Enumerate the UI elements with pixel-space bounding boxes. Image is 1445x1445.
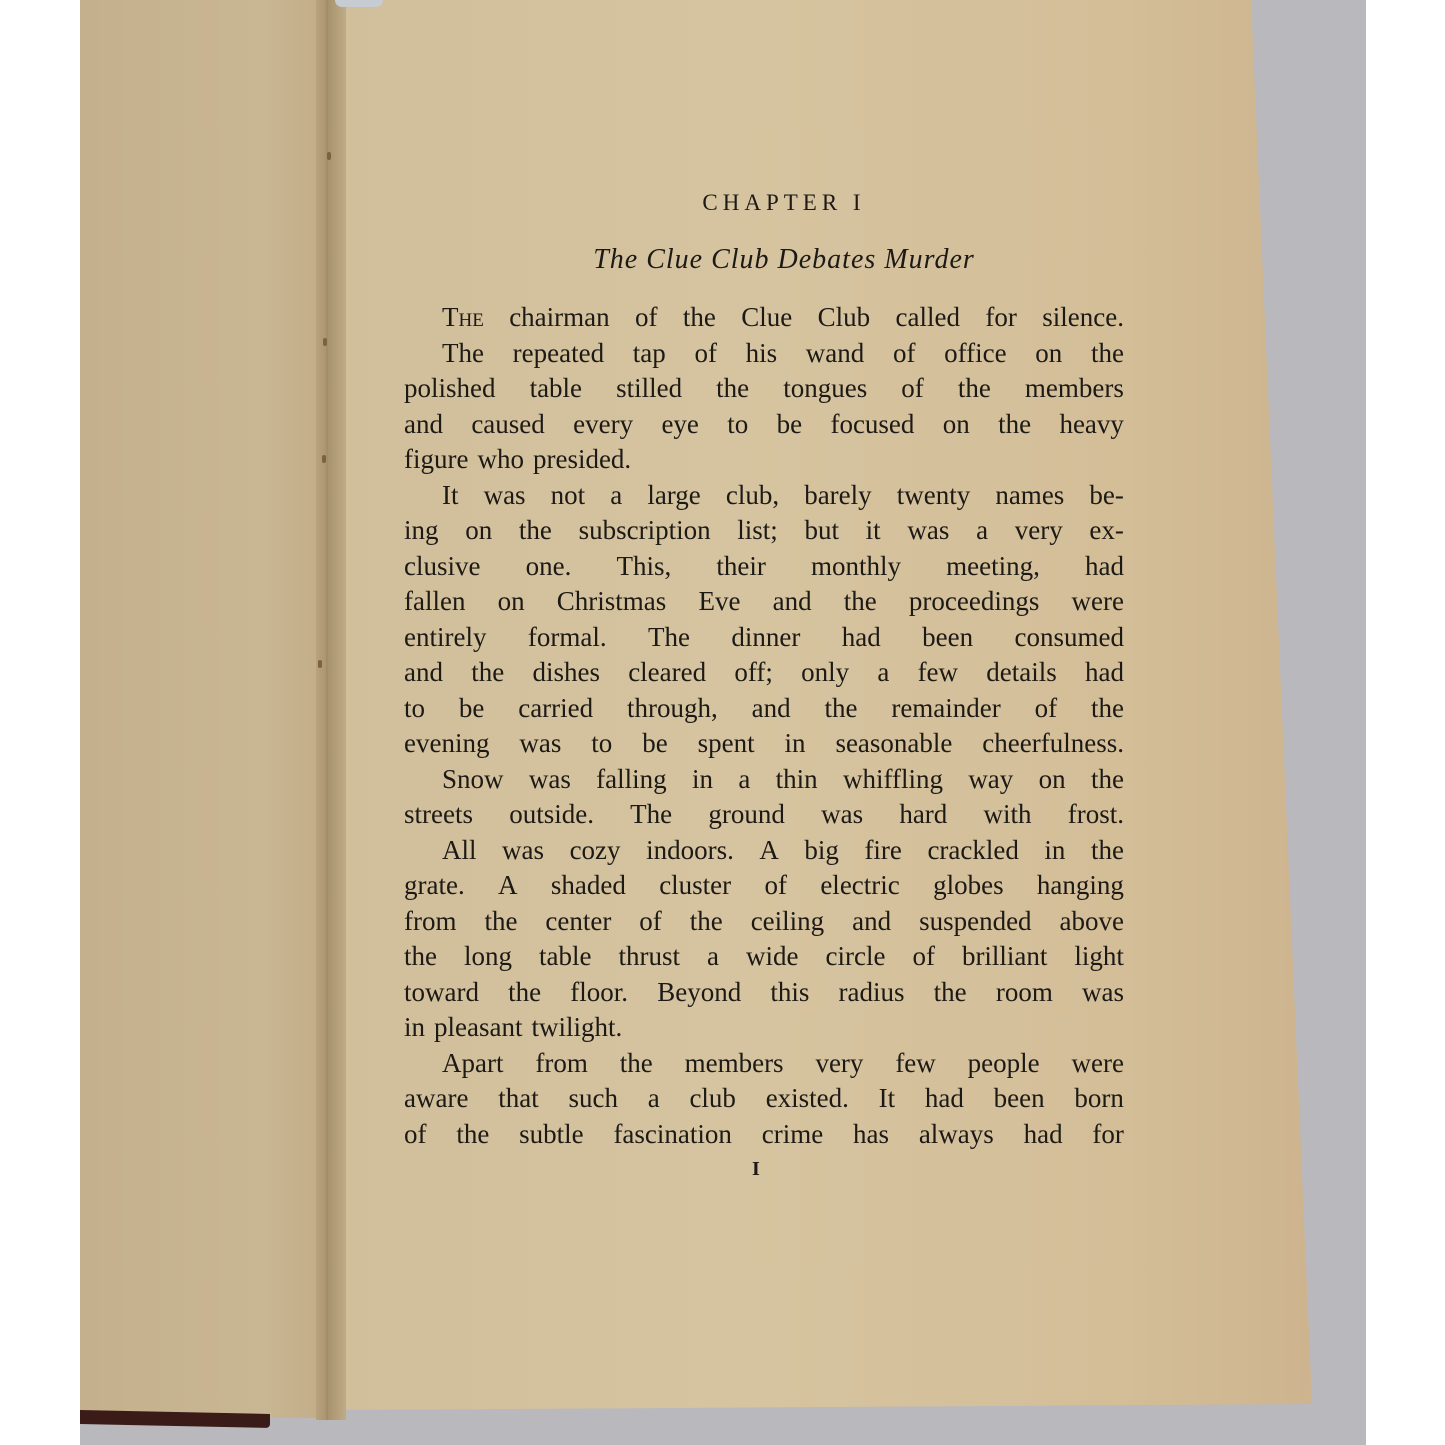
word: cleared — [628, 655, 706, 691]
word: a — [648, 1081, 660, 1117]
word: polished — [404, 371, 496, 407]
word: streets — [404, 797, 473, 833]
word: was — [1082, 975, 1124, 1011]
word: floor. — [570, 975, 628, 1011]
text-line: Apartfromthemembersveryfewpeoplewere — [404, 1046, 1124, 1082]
word: who — [477, 442, 524, 478]
word: of — [694, 336, 717, 372]
word: caused — [471, 407, 544, 443]
text-line: figurewhopresided. — [404, 442, 1124, 478]
word: crackled — [927, 833, 1018, 869]
binding-thread-mark — [322, 455, 326, 463]
word: a — [738, 762, 750, 798]
word: silence. — [1042, 300, 1124, 336]
word: the — [1091, 691, 1124, 727]
word: a — [877, 655, 889, 691]
word: had — [1085, 655, 1124, 691]
word: office — [944, 336, 1006, 372]
word: through, — [627, 691, 718, 727]
word: frost. — [1068, 797, 1124, 833]
text-line: awarethatsuchaclubexisted.Ithadbeenborn — [404, 1081, 1124, 1117]
word: It — [879, 1081, 896, 1117]
word: very — [1015, 513, 1063, 549]
word: This, — [616, 549, 671, 585]
word: Christmas — [557, 584, 667, 620]
word: were — [1072, 1046, 1124, 1082]
word: A — [498, 868, 518, 904]
word: members — [685, 1046, 784, 1082]
word: their — [716, 549, 765, 585]
photo-scene: CHAPTER I The Clue Club Debates Murder T… — [0, 0, 1445, 1445]
word: a — [707, 939, 719, 975]
word: the — [456, 1117, 489, 1153]
text-line: inpleasanttwilight. — [404, 1010, 1124, 1046]
word: ing — [404, 513, 439, 549]
word: only — [801, 655, 849, 691]
word: fallen — [404, 584, 465, 620]
word: grate. — [404, 868, 465, 904]
text-line: entirelyformal.Thedinnerhadbeenconsumed — [404, 620, 1124, 656]
word: been — [994, 1081, 1045, 1117]
text-line: Snowwasfallinginathinwhifflingwayonthe — [404, 762, 1124, 798]
word: focused — [830, 407, 914, 443]
word: barely — [804, 478, 871, 514]
word: whiffling — [843, 762, 943, 798]
word: cozy — [570, 833, 621, 869]
word: cheerfulness. — [982, 726, 1124, 762]
word: be — [642, 726, 667, 762]
word: had — [925, 1081, 964, 1117]
word: existed. — [766, 1081, 849, 1117]
word: very — [815, 1046, 863, 1082]
word: tap — [633, 336, 666, 372]
text-line: ingonthesubscriptionlist;butitwasaveryex… — [404, 513, 1124, 549]
word: in — [692, 762, 713, 798]
word: twenty — [897, 478, 971, 514]
text-line: andthedishesclearedoff;onlyafewdetailsha… — [404, 655, 1124, 691]
word: long — [464, 939, 512, 975]
word: meeting, — [946, 549, 1040, 585]
word: hard — [899, 797, 947, 833]
word: on — [943, 407, 970, 443]
word: crime — [762, 1117, 823, 1153]
chapter-text-block: CHAPTER I The Clue Club Debates Murder T… — [404, 190, 1124, 1152]
word: subtle — [519, 1117, 584, 1153]
word: electric — [820, 868, 899, 904]
word: dishes — [532, 655, 600, 691]
word: above — [1060, 904, 1124, 940]
word: The — [648, 620, 690, 656]
word: people — [968, 1046, 1040, 1082]
word: be — [459, 691, 484, 727]
word: wide — [746, 939, 798, 975]
word: club — [689, 1081, 736, 1117]
word: of — [912, 939, 935, 975]
word: and — [404, 655, 443, 691]
word: members — [1025, 371, 1124, 407]
word: figure — [404, 442, 468, 478]
word: was — [502, 833, 544, 869]
word: falling — [596, 762, 666, 798]
word: dinner — [731, 620, 800, 656]
word: thin — [776, 762, 818, 798]
word: suspended — [919, 904, 1031, 940]
word: indoors. — [646, 833, 734, 869]
word: on — [1035, 336, 1062, 372]
word: The — [442, 336, 484, 372]
word: and — [773, 584, 812, 620]
word: outside. — [509, 797, 594, 833]
word: to — [591, 726, 612, 762]
word: on — [1039, 762, 1066, 798]
word: be- — [1089, 478, 1123, 514]
left-page-blank — [80, 0, 342, 1418]
binding-thread-mark — [323, 338, 327, 346]
word: subscription — [579, 513, 711, 549]
word: off; — [734, 655, 773, 691]
text-line: towardthefloor.Beyondthisradiustheroomwa… — [404, 975, 1124, 1011]
word: repeated — [513, 336, 604, 372]
word: the — [1091, 336, 1124, 372]
word: the — [484, 904, 517, 940]
word: shaded — [551, 868, 626, 904]
word: the — [519, 513, 552, 549]
word: on — [465, 513, 492, 549]
word: were — [1072, 584, 1124, 620]
word: a — [976, 513, 988, 549]
word: formal. — [528, 620, 607, 656]
word: few — [918, 655, 958, 691]
word: the — [824, 691, 857, 727]
word: ground — [708, 797, 785, 833]
word: monthly — [811, 549, 901, 585]
text-line: streetsoutside.Thegroundwashardwithfrost… — [404, 797, 1124, 833]
word: be — [777, 407, 802, 443]
word: the — [508, 975, 541, 1011]
word: Snow — [442, 762, 504, 798]
word: was — [519, 726, 561, 762]
word: Apart — [442, 1046, 503, 1082]
word: of — [901, 371, 924, 407]
word: presided. — [533, 442, 631, 478]
word: and — [752, 691, 791, 727]
word: the — [958, 371, 991, 407]
word: such — [568, 1081, 618, 1117]
word: center — [545, 904, 611, 940]
text-line: clusiveone.This,theirmonthlymeeting,had — [404, 549, 1124, 585]
word: light — [1074, 939, 1124, 975]
word: globes — [933, 868, 1004, 904]
word: entirely — [404, 620, 486, 656]
word: names — [995, 478, 1064, 514]
word: and — [852, 904, 891, 940]
word: in — [785, 726, 806, 762]
word: few — [895, 1046, 935, 1082]
word: way — [968, 762, 1013, 798]
word: the — [1091, 833, 1124, 869]
word: had — [1024, 1117, 1063, 1153]
word: his — [746, 336, 778, 372]
word: for — [985, 300, 1016, 336]
word: ceiling — [751, 904, 824, 940]
text-line: fromthecenteroftheceilingandsuspendedabo… — [404, 904, 1124, 940]
word: been — [922, 620, 973, 656]
word: aware — [404, 1081, 468, 1117]
word: was — [484, 478, 526, 514]
word: to — [404, 691, 425, 727]
word: consumed — [1014, 620, 1123, 656]
word: was — [821, 797, 863, 833]
word: born — [1074, 1081, 1124, 1117]
word: of — [635, 300, 658, 336]
word: the — [620, 1046, 653, 1082]
word: Eve — [698, 584, 740, 620]
word: but — [804, 513, 839, 549]
text-line: grate.Ashadedclusterofelectricglobeshang… — [404, 868, 1124, 904]
word: A — [759, 833, 779, 869]
word: it — [866, 513, 881, 549]
word: this — [770, 975, 809, 1011]
text-line: Therepeatedtapofhiswandofofficeonthe — [404, 336, 1124, 372]
book-gutter — [316, 0, 346, 1420]
word: list; — [737, 513, 778, 549]
word: pleasant — [434, 1010, 522, 1046]
word: tongues — [783, 371, 867, 407]
word: seasonable — [835, 726, 952, 762]
word: in — [404, 1010, 425, 1046]
text-line: Itwasnotalargeclub,barelytwentynamesbe- — [404, 478, 1124, 514]
text-line: tobecarriedthrough,andtheremainderofthe — [404, 691, 1124, 727]
word: the — [404, 939, 437, 975]
word: All — [442, 833, 477, 869]
word: had — [842, 620, 881, 656]
word: the — [998, 407, 1031, 443]
word: the — [844, 584, 877, 620]
word: evening — [404, 726, 489, 762]
chapter-title: The Clue Club Debates Murder — [444, 244, 1124, 276]
word: hanging — [1037, 868, 1124, 904]
word: Club — [818, 300, 871, 336]
word: the — [690, 904, 723, 940]
word: brilliant — [962, 939, 1047, 975]
word: proceedings — [909, 584, 1039, 620]
word: that — [498, 1081, 539, 1117]
word: had — [1085, 549, 1124, 585]
word: every — [573, 407, 633, 443]
word: circle — [825, 939, 885, 975]
word: twilight. — [531, 1010, 622, 1046]
word: fire — [864, 833, 901, 869]
word: of — [765, 868, 788, 904]
word: always — [919, 1117, 994, 1153]
gutter-crease — [326, 0, 328, 1420]
chapter-label: CHAPTER I — [444, 190, 1124, 216]
word: with — [984, 797, 1032, 833]
word: eye — [661, 407, 698, 443]
word: to — [727, 407, 748, 443]
word: from — [404, 904, 456, 940]
word: remainder — [891, 691, 1000, 727]
word: cluster — [659, 868, 731, 904]
word: toward — [404, 975, 479, 1011]
word: table — [530, 371, 582, 407]
word: Beyond — [657, 975, 741, 1011]
word: the — [471, 655, 504, 691]
text-line: Allwascozyindoors.Abigfirecrackledinthe — [404, 833, 1124, 869]
word: details — [986, 655, 1056, 691]
word: chairman — [509, 300, 609, 336]
word: one. — [526, 549, 572, 585]
word: a — [610, 478, 622, 514]
word: was — [529, 762, 571, 798]
word: heavy — [1059, 407, 1123, 443]
word: and — [404, 407, 443, 443]
word: the — [1091, 762, 1124, 798]
word: clusive — [404, 549, 480, 585]
word: club, — [726, 478, 779, 514]
word: wand — [806, 336, 864, 372]
text-line: ThechairmanoftheClueClubcalledforsilence… — [404, 300, 1124, 336]
word: stilled — [616, 371, 682, 407]
word: of — [639, 904, 662, 940]
text-line: thelongtablethrustawidecircleofbrilliant… — [404, 939, 1124, 975]
word: the — [716, 371, 749, 407]
word: of — [1035, 691, 1058, 727]
word: It — [442, 478, 459, 514]
text-line: eveningwastobespentinseasonablecheerfuln… — [404, 726, 1124, 762]
text-line: polishedtablestilledthetonguesofthemembe… — [404, 371, 1124, 407]
word: Clue — [741, 300, 792, 336]
word: large — [647, 478, 700, 514]
word: of — [893, 336, 916, 372]
word: carried — [518, 691, 593, 727]
word: for — [1092, 1117, 1123, 1153]
word: the — [934, 975, 967, 1011]
word: has — [853, 1117, 889, 1153]
word: ex- — [1089, 513, 1123, 549]
word: The — [630, 797, 672, 833]
word: radius — [839, 975, 905, 1011]
word: not — [551, 478, 586, 514]
word: called — [896, 300, 960, 336]
binding-thread-mark — [318, 660, 322, 668]
word: on — [498, 584, 525, 620]
text-line: fallenonChristmasEveandtheproceedingswer… — [404, 584, 1124, 620]
word: The — [442, 300, 484, 336]
word: big — [804, 833, 839, 869]
word: spent — [698, 726, 755, 762]
word: in — [1044, 833, 1065, 869]
binding-thread-mark — [327, 152, 331, 160]
text-line: ofthesubtlefascinationcrimehasalwayshadf… — [404, 1117, 1124, 1153]
word: thrust — [619, 939, 681, 975]
word: room — [996, 975, 1053, 1011]
word: was — [907, 513, 949, 549]
chapter-body: ThechairmanoftheClueClubcalledforsilence… — [404, 300, 1124, 1152]
word: the — [683, 300, 716, 336]
text-line: andcausedeveryeyetobefocusedontheheavy — [404, 407, 1124, 443]
word: from — [535, 1046, 587, 1082]
page-number: I — [752, 1158, 760, 1181]
word: fascination — [613, 1117, 731, 1153]
word: of — [404, 1117, 427, 1153]
page-top-notch — [335, 0, 383, 7]
word: table — [539, 939, 591, 975]
